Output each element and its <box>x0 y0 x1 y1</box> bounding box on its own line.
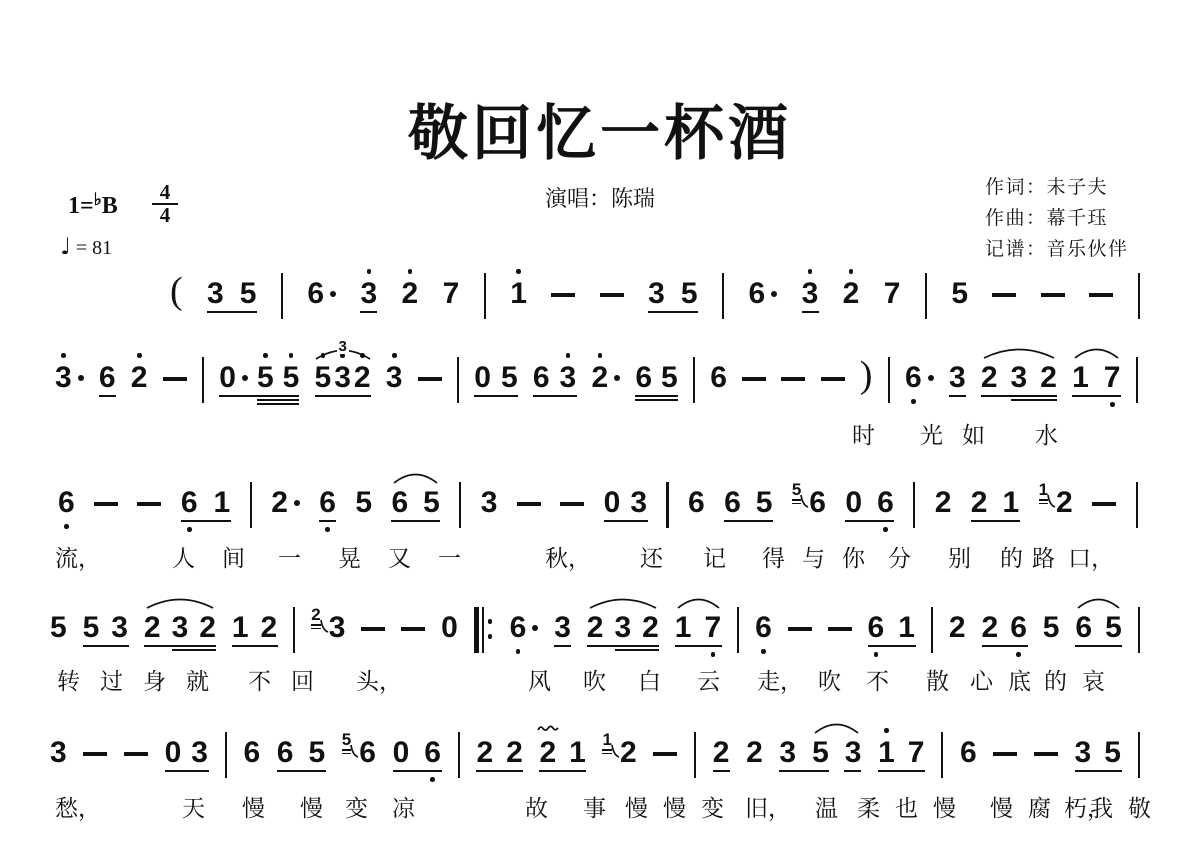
dash-extension <box>517 502 541 506</box>
rhythm-underline <box>845 520 894 522</box>
note: 5 <box>501 362 518 394</box>
note-group: 2 <box>949 612 966 644</box>
rhythm-underline <box>1072 395 1121 397</box>
rhythm-underline <box>207 311 257 313</box>
note: 3 <box>55 362 84 394</box>
rhythm-underline <box>181 520 231 522</box>
lyric-char: 凉 <box>392 793 415 823</box>
barline <box>737 607 739 653</box>
note: 3 <box>334 362 351 394</box>
dash-extension <box>821 377 845 381</box>
note-group: 5 <box>50 612 67 644</box>
note: 0 <box>845 487 862 519</box>
note: 2 <box>949 612 966 644</box>
lyric-char: 慢 <box>663 793 686 823</box>
rhythm-underline <box>971 520 1020 522</box>
augmentation-dot <box>294 500 300 506</box>
note: 2 <box>506 737 523 769</box>
credits-block: 作词：未子夫 作曲：幕千珏 记谱：音乐伙伴 <box>985 172 1129 265</box>
note: 6 <box>391 487 408 519</box>
barline <box>250 482 252 528</box>
rhythm-underline <box>172 645 216 647</box>
note: 3 <box>949 362 966 394</box>
lyric-char: 故 <box>525 793 548 823</box>
rhythm-underline <box>257 399 299 401</box>
note: 3 <box>554 612 571 644</box>
rhythm-underline <box>868 645 916 647</box>
dash-extension <box>83 752 107 756</box>
lyric-char: 底 <box>1008 666 1031 696</box>
dash-extension <box>828 627 852 631</box>
lyric-char: 慢 <box>300 793 323 823</box>
dash-extension <box>742 377 766 381</box>
rhythm-underline <box>779 770 829 772</box>
note: 2 <box>587 612 604 644</box>
barline <box>1138 607 1140 653</box>
rhythm-underline <box>232 645 278 647</box>
rhythm-underline <box>635 395 678 397</box>
lyric-char: 走， <box>757 666 803 696</box>
note-group: 5 <box>951 278 968 310</box>
barline <box>293 607 295 653</box>
octave-dot-above <box>598 353 603 358</box>
barline <box>913 482 915 528</box>
note: 6 <box>243 737 260 769</box>
note-group: 6 <box>905 362 934 394</box>
note-group: 6 <box>960 737 977 769</box>
rhythm-underline <box>1075 645 1122 647</box>
lyric-char: 风 <box>528 666 551 696</box>
note-group: 6 <box>748 278 777 310</box>
rhythm-underline <box>476 770 523 772</box>
note-group: 22 <box>476 737 522 769</box>
note: 3 <box>802 278 819 310</box>
rhythm-underline <box>474 395 518 397</box>
note: 5 <box>315 362 332 394</box>
lyric-char: 别 <box>948 543 971 573</box>
octave-dot-above <box>849 269 854 274</box>
note: 6 <box>635 362 652 394</box>
barline <box>694 732 696 778</box>
note: 2 <box>935 487 952 519</box>
note-group: 6 <box>307 278 336 310</box>
note: 1 <box>675 612 692 644</box>
note-group: 6 <box>710 362 727 394</box>
note-group: 232 <box>981 362 1057 394</box>
rhythm-underline <box>724 520 773 522</box>
lyric-char: 我 <box>1090 793 1113 823</box>
note: 12 <box>602 737 636 769</box>
barline <box>459 482 461 528</box>
lyric-char: 光 <box>920 420 943 450</box>
note-group: 232 <box>587 612 659 644</box>
lyricist-credit: 作词：未子夫 <box>985 172 1129 203</box>
lyric-char: 慢 <box>242 793 265 823</box>
rhythm-underline <box>99 395 116 397</box>
barline <box>1138 732 1140 778</box>
note: 2 <box>981 362 998 394</box>
note-group: 1 <box>510 278 527 310</box>
note-group: 53 <box>83 612 128 644</box>
note: 3 <box>648 278 665 310</box>
note-group: 12 <box>232 612 277 644</box>
note-group: 353 <box>779 737 861 769</box>
note: 5 <box>756 487 773 519</box>
grace-note: 5 <box>792 481 801 499</box>
lyric-char: 与 <box>802 543 825 573</box>
note-group: 2 <box>131 362 148 394</box>
note-group: 03 <box>604 487 647 519</box>
rhythm-underline <box>554 645 571 647</box>
octave-dot-below <box>761 649 766 654</box>
octave-dot-above <box>566 353 571 358</box>
note: 0 <box>604 487 621 519</box>
dash-extension <box>137 502 161 506</box>
augmentation-dot <box>532 625 538 631</box>
rhythm-underline <box>257 395 299 397</box>
lyric-char: 如 <box>962 420 985 450</box>
note-group: 17 <box>1072 362 1120 394</box>
note: 5 <box>681 278 698 310</box>
lyric-char: 哀 <box>1082 666 1105 696</box>
barline <box>457 357 459 403</box>
lyric-char: 流， <box>55 543 101 573</box>
rhythm-underline <box>539 770 586 772</box>
note-group: 56 <box>342 737 376 769</box>
note: 7 <box>908 737 925 769</box>
note: 3 <box>630 487 647 519</box>
rhythm-underline <box>172 649 216 651</box>
slur-arc-icon <box>677 597 720 609</box>
note: 2 <box>261 612 278 644</box>
note-group: 6 <box>243 737 260 769</box>
phrase-paren: ( <box>170 275 183 307</box>
octave-dot-above <box>137 353 142 358</box>
slur-arc-icon <box>393 472 438 484</box>
lyric-char: 又 <box>388 543 411 573</box>
rhythm-underline <box>393 770 442 772</box>
augmentation-dot <box>330 291 336 297</box>
augmentation-dot <box>928 375 934 381</box>
repeat-start-sign <box>474 607 494 653</box>
rhythm-underline <box>533 395 577 397</box>
note-group: 35 <box>648 278 697 310</box>
notation-line: 553232122306323217661226565 <box>50 612 1140 653</box>
note: 6 <box>724 487 741 519</box>
note-group: 17 <box>878 737 924 769</box>
grace-note: 1 <box>1039 481 1048 499</box>
lyric-char: 愁， <box>55 793 101 823</box>
note-group: 2 <box>271 487 300 519</box>
flat-sign: ♭ <box>94 190 102 209</box>
note-group: 5 <box>355 487 372 519</box>
note: 3 <box>207 278 224 310</box>
notation-line: (35632713563275 <box>170 278 1140 319</box>
time-signature: 4 4 <box>152 182 178 226</box>
note: 7 <box>1104 362 1121 394</box>
note: 2 <box>402 278 419 310</box>
note: 1 <box>232 612 249 644</box>
note-group: 65 <box>724 487 772 519</box>
note-group: 2 <box>591 362 620 394</box>
note-group: 35 <box>1075 737 1121 769</box>
note-group: 12 <box>1039 487 1073 519</box>
note-group: 61 <box>868 612 915 644</box>
lyric-char: 记 <box>703 543 726 573</box>
note-group: 6 <box>688 487 705 519</box>
note: 5 <box>423 487 440 519</box>
note-group: 03 <box>165 737 208 769</box>
note: 6 <box>510 612 539 644</box>
note-group: 0 <box>441 612 458 644</box>
note-group: 3 <box>802 278 819 310</box>
slur-arc-icon <box>983 347 1055 359</box>
rhythm-underline <box>83 645 129 647</box>
note: 6 <box>877 487 894 519</box>
rhythm-underline <box>1011 399 1057 401</box>
barline <box>722 273 724 319</box>
octave-dot-below <box>874 652 879 657</box>
note-group: 3 <box>554 612 571 644</box>
note-group: 5 <box>1043 612 1060 644</box>
note: 1 <box>878 737 895 769</box>
lyric-char: 不 <box>248 666 271 696</box>
note-group: 3 <box>481 487 498 519</box>
note-group: 3 <box>386 362 403 394</box>
note: 2 <box>971 487 988 519</box>
tempo-marking: ♩ = 81 <box>60 234 112 260</box>
note: 3 <box>614 612 631 644</box>
note: 23 <box>311 612 345 644</box>
dash-extension <box>993 752 1017 756</box>
note-group: 3 <box>949 362 966 394</box>
note-group: 26 <box>982 612 1027 644</box>
lyric-char: 不 <box>866 666 889 696</box>
note-group: 2 <box>713 737 730 769</box>
note-group: 2 <box>746 737 763 769</box>
lyric-char: 口， <box>1068 543 1114 573</box>
barline <box>458 732 460 778</box>
note: 0 <box>165 737 182 769</box>
lyric-char: 事 <box>583 793 606 823</box>
note: 2 <box>131 362 148 394</box>
note: 6 <box>307 278 336 310</box>
lyric-char: 敬 <box>1128 793 1151 823</box>
octave-dot-above <box>392 353 397 358</box>
note: 2 <box>591 362 620 394</box>
note: 2 <box>713 737 730 769</box>
note: 3 <box>172 612 189 644</box>
barline <box>202 357 204 403</box>
rhythm-underline <box>844 770 861 772</box>
note: 1 <box>510 278 527 310</box>
dash-extension <box>992 293 1016 297</box>
note-group: 06 <box>393 737 441 769</box>
lyric-char: 的 <box>1044 666 1067 696</box>
barline <box>1136 482 1138 528</box>
lyric-char: 变 <box>345 793 368 823</box>
lyric-char: 慢 <box>990 793 1013 823</box>
song-title: 敬回忆一杯酒 <box>0 86 1200 172</box>
lyric-char: 吹 <box>818 666 841 696</box>
rhythm-underline <box>1011 395 1057 397</box>
augmentation-dot <box>242 375 248 381</box>
note: 2 <box>354 362 371 394</box>
lyric-char: 柔 <box>857 793 880 823</box>
notation-line: 3620555323305632656)6323217 <box>55 362 1138 403</box>
note-group: 21 <box>971 487 1019 519</box>
rhythm-underline <box>615 645 659 647</box>
note: 1 <box>214 487 231 519</box>
rhythm-underline <box>604 520 648 522</box>
dash-extension <box>560 502 584 506</box>
lyric-char: 白 <box>638 666 661 696</box>
barline <box>225 732 227 778</box>
note: 5 <box>812 737 829 769</box>
octave-dot-above <box>808 269 813 274</box>
note: 5 <box>355 487 372 519</box>
note: 6 <box>755 612 772 644</box>
grace-note: 5 <box>342 731 351 749</box>
lyric-char: 间 <box>222 543 245 573</box>
octave-dot-above <box>263 353 268 358</box>
barline <box>925 273 927 319</box>
lyric-char: 时 <box>852 420 875 450</box>
barline <box>888 357 890 403</box>
lyric-char: 慢 <box>933 793 956 823</box>
note-group: 61 <box>181 487 230 519</box>
dash-extension <box>653 752 677 756</box>
octave-dot-below <box>911 399 916 404</box>
barline <box>931 607 933 653</box>
lyric-char: 的 <box>1000 543 1023 573</box>
octave-dot-below <box>430 777 435 782</box>
lyric-char: 散 <box>926 666 949 696</box>
lyric-char: 旧， <box>745 793 791 823</box>
note: 12 <box>1039 487 1073 519</box>
lyric-char: 吹 <box>583 666 606 696</box>
note: 1 <box>898 612 915 644</box>
octave-dot-above <box>516 269 521 274</box>
transcriber-credit: 记谱：音乐伙伴 <box>985 234 1129 265</box>
note: 1 <box>1072 362 1089 394</box>
octave-dot-above <box>408 269 413 274</box>
note: 6 <box>748 278 777 310</box>
dash-extension <box>600 293 624 297</box>
dash-extension <box>163 377 187 381</box>
note: 3 <box>386 362 403 394</box>
lyric-char: 变 <box>701 793 724 823</box>
dash-extension <box>401 627 425 631</box>
rhythm-underline <box>648 311 698 313</box>
quarter-note-icon: ♩ <box>60 234 71 260</box>
slur-arc-icon <box>146 597 214 609</box>
note-group: 06 <box>845 487 893 519</box>
lyric-char: 慢 <box>625 793 648 823</box>
slur-arc-icon <box>814 722 859 734</box>
note-group: 6 <box>510 612 539 644</box>
note-group: 7 <box>884 278 901 310</box>
grace-note: 1 <box>602 731 611 749</box>
dash-extension <box>1092 502 1116 506</box>
rhythm-underline <box>878 770 925 772</box>
note-group: 63 <box>533 362 576 394</box>
lyric-char: 你 <box>842 543 865 573</box>
lyric-char: 就 <box>186 666 209 696</box>
octave-dot-below <box>64 524 69 529</box>
note-group: 05 <box>474 362 517 394</box>
note-group: 6 <box>99 362 116 394</box>
notation-line: 30366556062221122235317635 <box>50 737 1140 778</box>
dash-extension <box>418 377 442 381</box>
note-group: 2 <box>935 487 952 519</box>
composer-credit: 作曲：幕千珏 <box>985 203 1129 234</box>
note: 56 <box>792 487 826 519</box>
note: 5 <box>1104 737 1121 769</box>
note-group: 65 <box>1075 612 1121 644</box>
note-group: 21 <box>539 737 585 769</box>
note: 2 <box>199 612 216 644</box>
note: 3 <box>111 612 128 644</box>
note: 3 <box>481 487 498 519</box>
note-group: 35 <box>207 278 256 310</box>
note-group: 65 <box>635 362 677 394</box>
dash-extension <box>551 293 575 297</box>
note: 5 <box>308 737 325 769</box>
note: 6 <box>277 737 294 769</box>
mordent-ornament-icon <box>537 724 559 732</box>
note: 6 <box>424 737 441 769</box>
octave-dot-below <box>883 527 888 532</box>
note-group: 7 <box>443 278 460 310</box>
slur-arc-icon <box>589 597 657 609</box>
note: 6 <box>1010 612 1027 644</box>
phrase-paren: ) <box>860 359 873 391</box>
lyric-char: 腐 <box>1028 793 1051 823</box>
tuplet-number: 3 <box>337 339 349 354</box>
dash-extension <box>1089 293 1113 297</box>
octave-dot-above <box>884 728 889 733</box>
note-group: 56 <box>792 487 826 519</box>
lyric-char: 云 <box>697 666 720 696</box>
note: 6 <box>533 362 550 394</box>
barline <box>1138 273 1140 319</box>
barline <box>484 273 486 319</box>
note: 5 <box>50 612 67 644</box>
lyric-char: 头， <box>356 666 402 696</box>
slur-arc-icon <box>1074 347 1119 359</box>
note: 5 <box>661 362 678 394</box>
note: 6 <box>99 362 116 394</box>
note-group: 3 <box>55 362 84 394</box>
lyric-char: 也 <box>895 793 918 823</box>
rhythm-underline <box>360 311 377 313</box>
rhythm-underline <box>319 520 336 522</box>
meter-denominator: 4 <box>152 205 178 226</box>
octave-dot-below <box>1016 652 1021 657</box>
rhythm-underline <box>982 645 1028 647</box>
note: 7 <box>884 278 901 310</box>
octave-dot-above <box>61 353 66 358</box>
note: 0 <box>219 362 248 394</box>
rhythm-underline <box>257 403 299 405</box>
dash-extension <box>788 627 812 631</box>
lyric-char: 温 <box>815 793 838 823</box>
note: 6 <box>905 362 934 394</box>
note: 6 <box>868 612 885 644</box>
note: 3 <box>1011 362 1028 394</box>
note: 5 <box>83 612 100 644</box>
